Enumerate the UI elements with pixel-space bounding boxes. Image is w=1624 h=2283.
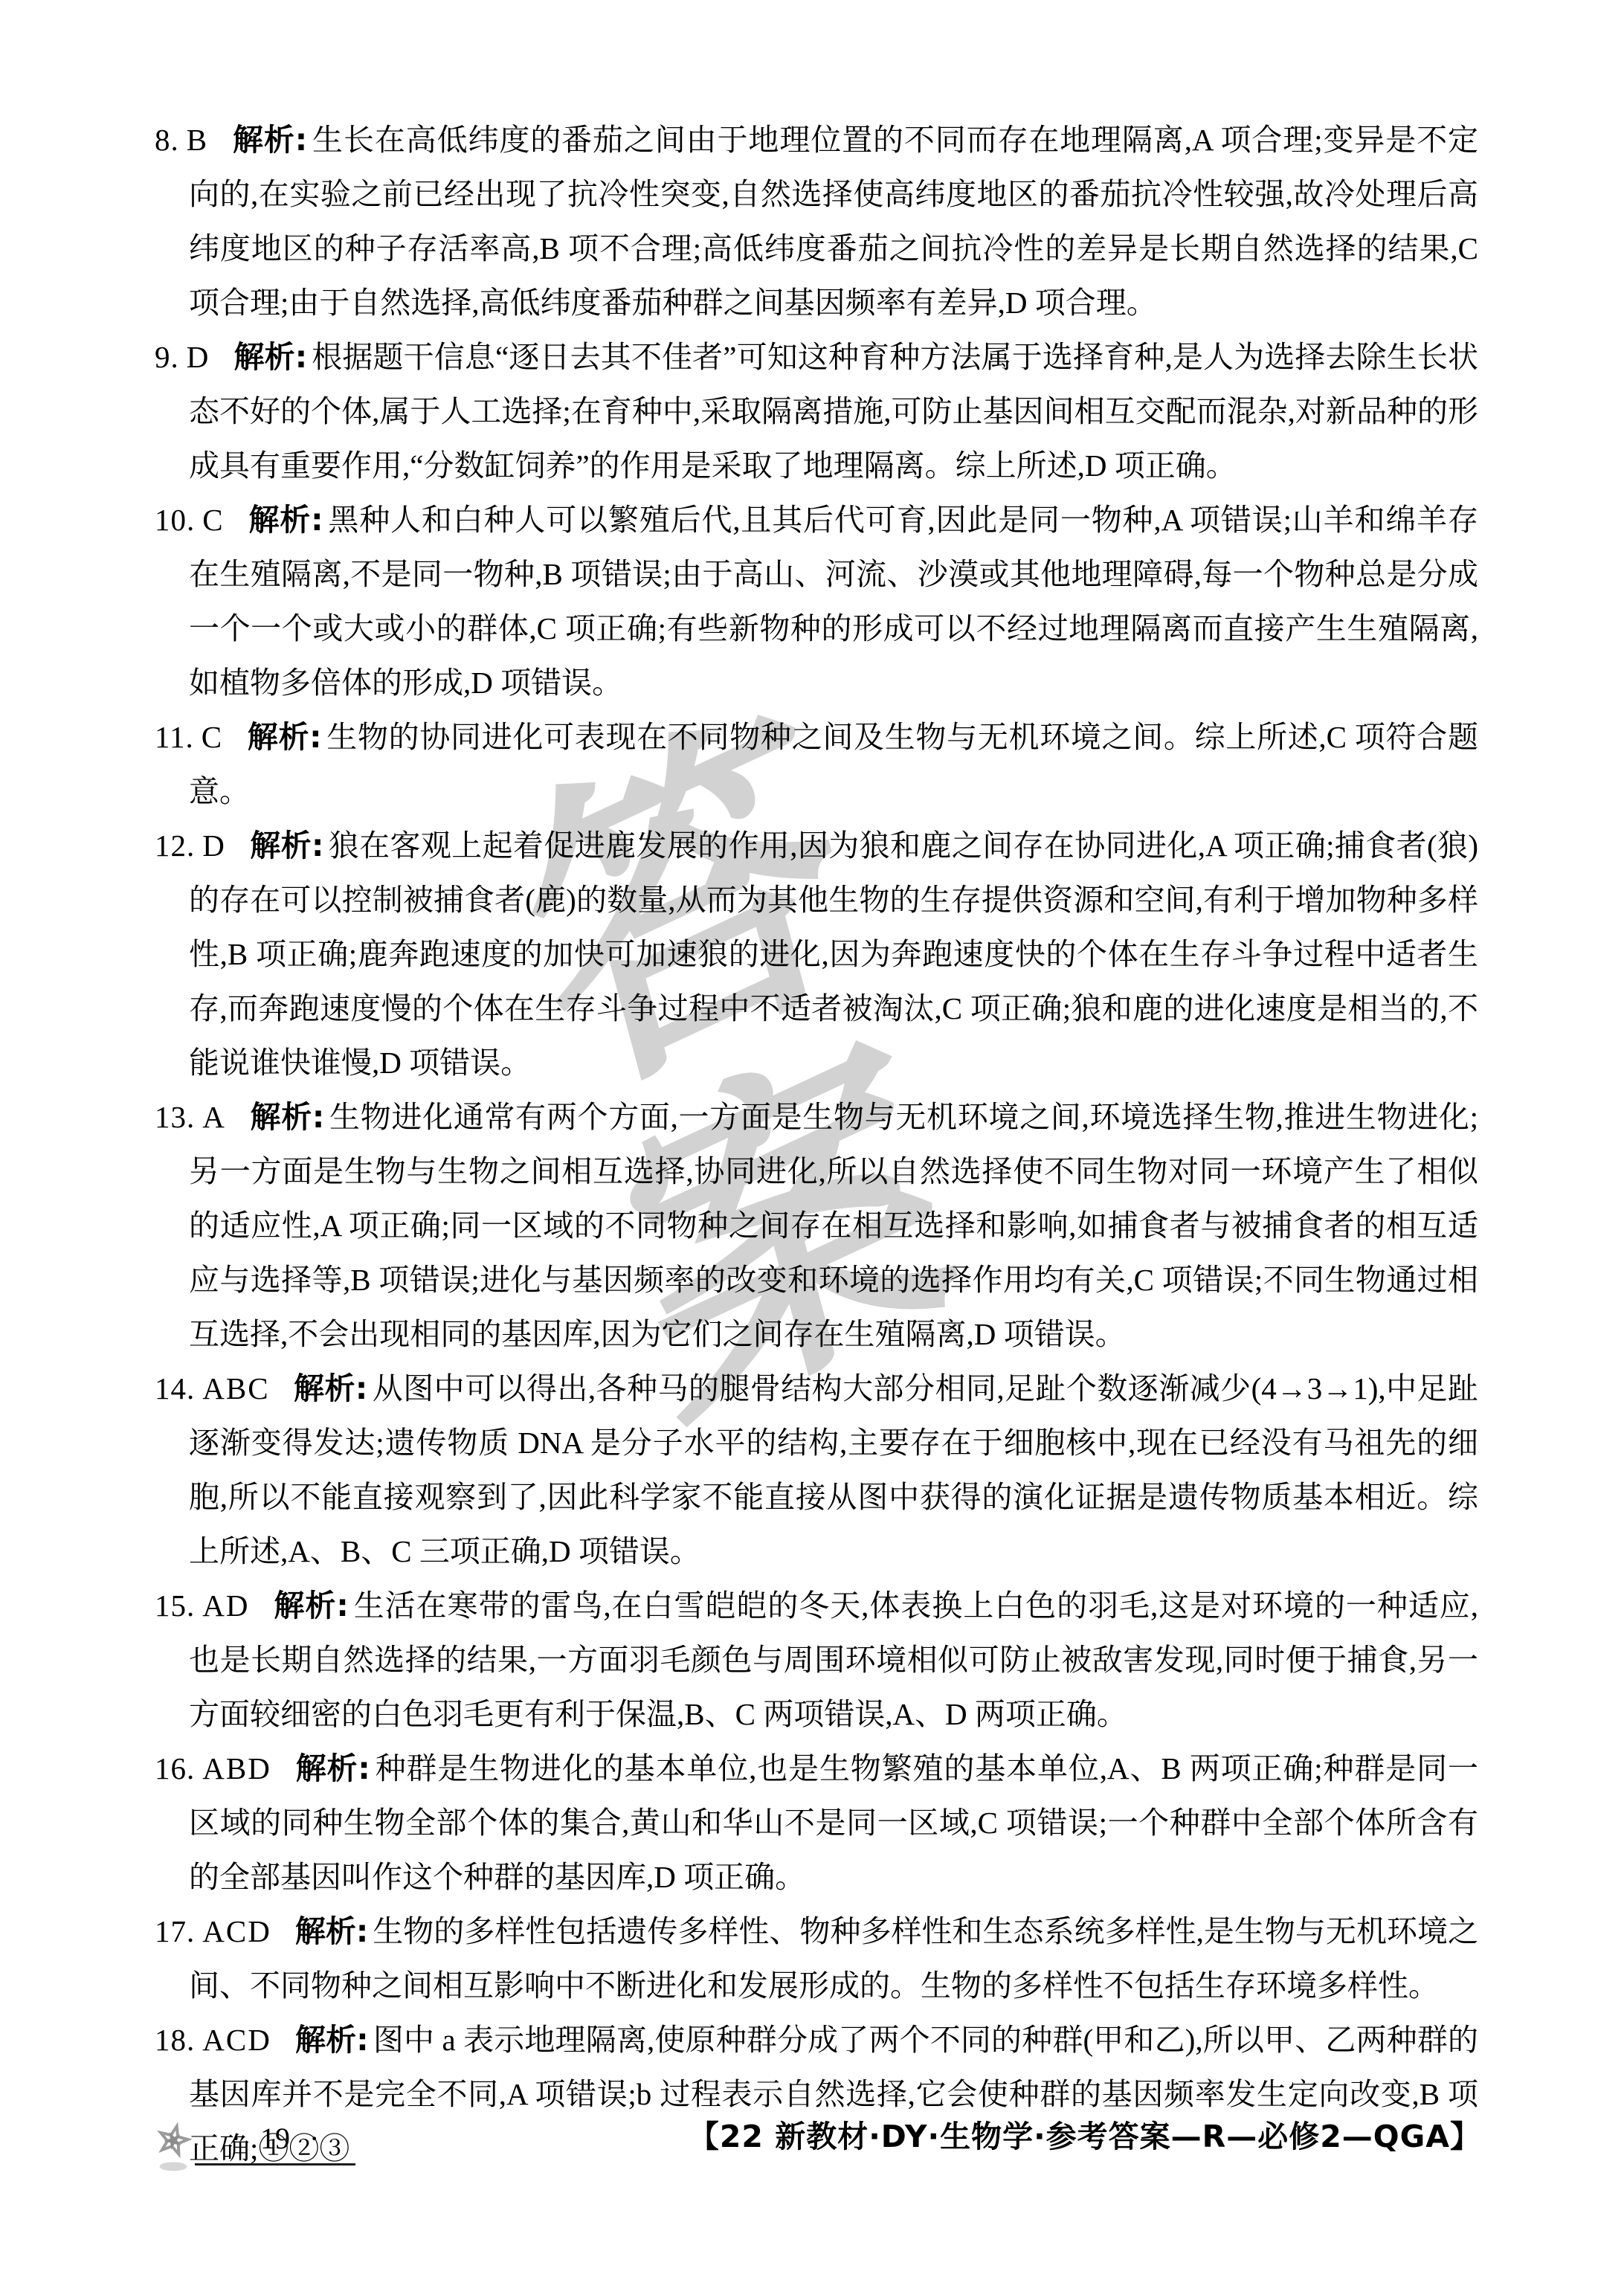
question-number: 17. <box>155 1914 195 1948</box>
analysis-text: 生物的协同进化可表现在不同物种之间及生物与无机环境之间。综上所述,C 项符合题意… <box>189 720 1478 808</box>
answer-letters: C <box>202 720 223 754</box>
answer-letters: C <box>202 503 224 537</box>
question-number: 8. <box>155 123 179 157</box>
answer-letters: A <box>202 1100 226 1134</box>
booklet-title: 【22 新教材·DY·生物学·参考答案—R—必修2—QGA】 <box>689 2112 1481 2156</box>
question-number: 9. <box>155 340 179 374</box>
answer-item: 16.ABD解析:种群是生物进化的基本单位,也是生物繁殖的基本单位,A、B 两项… <box>155 1742 1478 1904</box>
answer-item: 15.AD解析:生活在寒带的雷鸟,在白雪皑皑的冬天,体表换上白色的羽毛,这是对环… <box>155 1579 1478 1742</box>
analysis-label: 解析: <box>250 1099 324 1135</box>
answer-letters: ABD <box>202 1751 271 1785</box>
answer-letters: ACD <box>202 2023 271 2057</box>
answer-letters: D <box>202 828 226 863</box>
analysis-text: 黑种人和白种人可以繁殖后代,且其后代可育,因此是同一物种,A 项错误;山羊和绵羊… <box>189 503 1478 700</box>
answer-item: 10.C解析:黑种人和白种人可以繁殖后代,且其后代可育,因此是同一物种,A 项错… <box>155 493 1478 710</box>
question-number: 15. <box>155 1588 195 1623</box>
analysis-label: 解析: <box>248 502 323 538</box>
answer-item: 8.B解析:生长在高低纬度的番茄之间由于地理位置的不同而存在地理隔离,A 项合理… <box>155 113 1478 330</box>
question-number: 14. <box>155 1371 195 1405</box>
answer-item: 13.A解析:生物进化通常有两个方面,一方面是生物与无机环境之间,环境选择生物,… <box>155 1090 1478 1362</box>
analysis-label: 解析: <box>295 2022 369 2058</box>
logo-shadow <box>160 2162 187 2171</box>
analysis-label: 解析: <box>295 1751 370 1786</box>
analysis-text: 生长在高低纬度的番茄之间由于地理位置的不同而存在地理隔离,A 项合理;变异是不定… <box>189 123 1478 320</box>
analysis-text: 生物进化通常有两个方面,一方面是生物与无机环境之间,环境选择生物,推进生物进化;… <box>189 1100 1478 1351</box>
analysis-label: 解析: <box>273 1588 348 1623</box>
question-number: 12. <box>155 828 195 863</box>
answer-item: 9.D解析:根据题干信息“逐日去其不佳者”可知这种育种方法属于选择育种,是人为选… <box>155 330 1478 493</box>
analysis-label: 解析: <box>295 1913 368 1949</box>
analysis-label: 解析: <box>232 122 307 158</box>
question-number: 10. <box>155 503 195 537</box>
analysis-text: 生物的多样性包括遗传多样性、物种多样性和生态系统多样性,是生物与无机环境之间、不… <box>189 1914 1478 2003</box>
publisher-star-logo <box>149 2116 198 2175</box>
answer-letters: D <box>187 340 210 374</box>
answer-key-page: 答 案 8.B解析:生长在高低纬度的番茄之间由于地理位置的不同而存在地理隔离,A… <box>0 0 1624 2283</box>
answer-item: 12.D解析:狼在客观上起着促进鹿发展的作用,因为狼和鹿之间存在协同进化,A 项… <box>155 819 1478 1090</box>
analysis-text: 种群是生物进化的基本单位,也是生物繁殖的基本单位,A、B 两项正确;种群是同一区… <box>189 1751 1478 1894</box>
analysis-text: 狼在客观上起着促进鹿发展的作用,因为狼和鹿之间存在协同进化,A 项正确;捕食者(… <box>189 828 1478 1080</box>
analysis-label: 解析: <box>247 719 321 755</box>
answer-letters: B <box>187 123 208 157</box>
answer-letters: ACD <box>202 1914 271 1948</box>
analysis-text: 根据题干信息“逐日去其不佳者”可知这种育种方法属于选择育种,是人为选择去除生长状… <box>189 340 1478 483</box>
answer-letters: ABC <box>202 1371 269 1405</box>
page-number: · 19 · <box>195 2121 355 2166</box>
answers-list: 8.B解析:生长在高低纬度的番茄之间由于地理位置的不同而存在地理隔离,A 项合理… <box>155 113 1478 2176</box>
analysis-text: 从图中可以得出,各种马的腿骨结构大部分相同,足趾个数逐渐减少(4→3→1),中足… <box>189 1371 1478 1568</box>
analysis-label: 解析: <box>250 828 324 863</box>
answer-letters: AD <box>202 1588 249 1623</box>
answer-item: 14.ABC解析:从图中可以得出,各种马的腿骨结构大部分相同,足趾个数逐渐减少(… <box>155 1362 1478 1579</box>
analysis-label: 解析: <box>233 339 307 375</box>
analysis-text: 生活在寒带的雷鸟,在白雪皑皑的冬天,体表换上白色的羽毛,这是对环境的一种适应,也… <box>189 1588 1478 1731</box>
answer-item: 11.C解析:生物的协同进化可表现在不同物种之间及生物与无机环境之间。综上所述,… <box>155 710 1478 819</box>
question-number: 13. <box>155 1100 195 1134</box>
analysis-label: 解析: <box>294 1371 368 1406</box>
question-number: 18. <box>155 2023 195 2057</box>
answer-item: 17.ACD解析:生物的多样性包括遗传多样性、物种多样性和生态系统多样性,是生物… <box>155 1904 1478 2013</box>
question-number: 11. <box>155 720 194 754</box>
question-number: 16. <box>155 1751 195 1785</box>
